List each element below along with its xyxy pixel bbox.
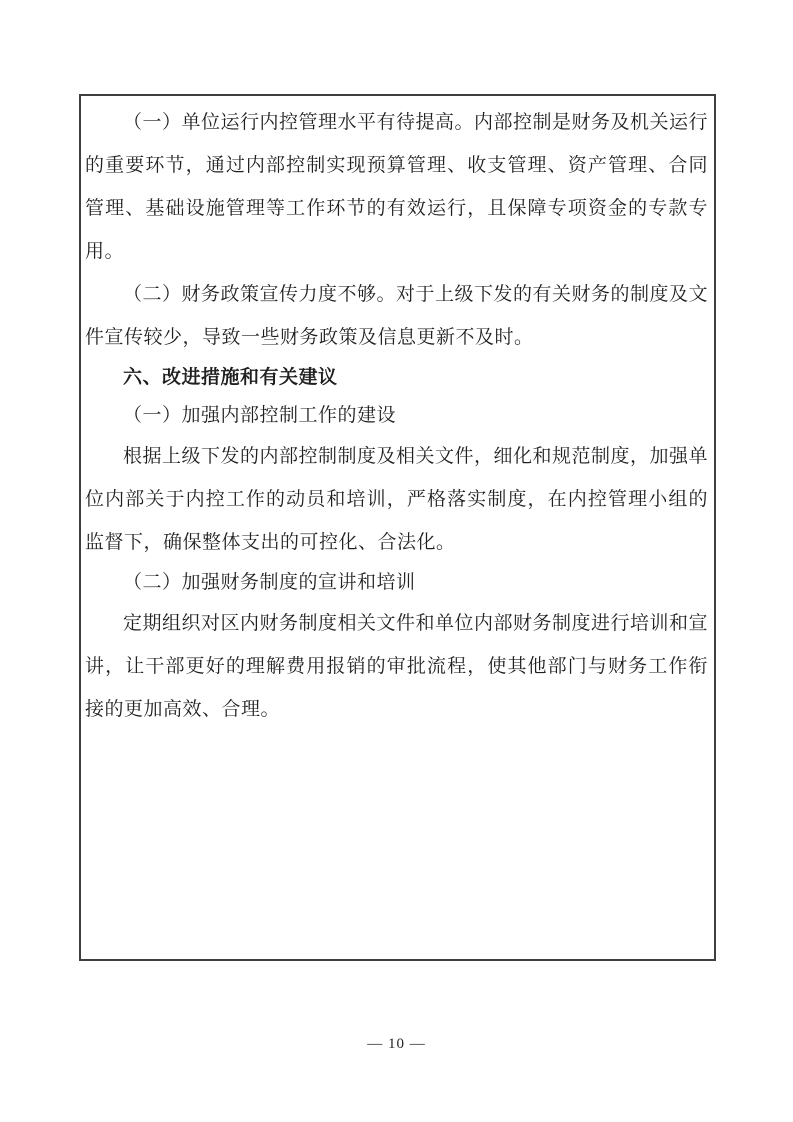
document-page: （一）单位运行内控管理水平有待提高。内部控制是财务及机关运行的重要环节，通过内部… [0,0,793,1122]
paragraph-issue-2: （二）财务政策宣传力度不够。对于上级下发的有关财务的制度及文件宣传较少，导致一些… [85,273,708,359]
paragraph-measure-2-detail: 定期组织对区内财务制度相关文件和单位内部财务制度进行培训和宣讲，让干部更好的理解… [85,602,708,731]
paragraph-measure-1-detail: 根据上级下发的内部控制制度及相关文件，细化和规范制度，加强单位内部关于内控工作的… [85,435,708,564]
subheading-measure-1: （一）加强内部控制工作的建设 [85,397,708,435]
paragraph-issue-1: （一）单位运行内控管理水平有待提高。内部控制是财务及机关运行的重要环节，通过内部… [85,101,708,273]
document-table-cell: （一）单位运行内控管理水平有待提高。内部控制是财务及机关运行的重要环节，通过内部… [79,94,716,961]
section-heading-improvements: 六、改进措施和有关建议 [85,359,708,397]
subheading-measure-2: （二）加强财务制度的宣讲和培训 [85,564,708,602]
page-number: — 10 — [0,1036,793,1053]
